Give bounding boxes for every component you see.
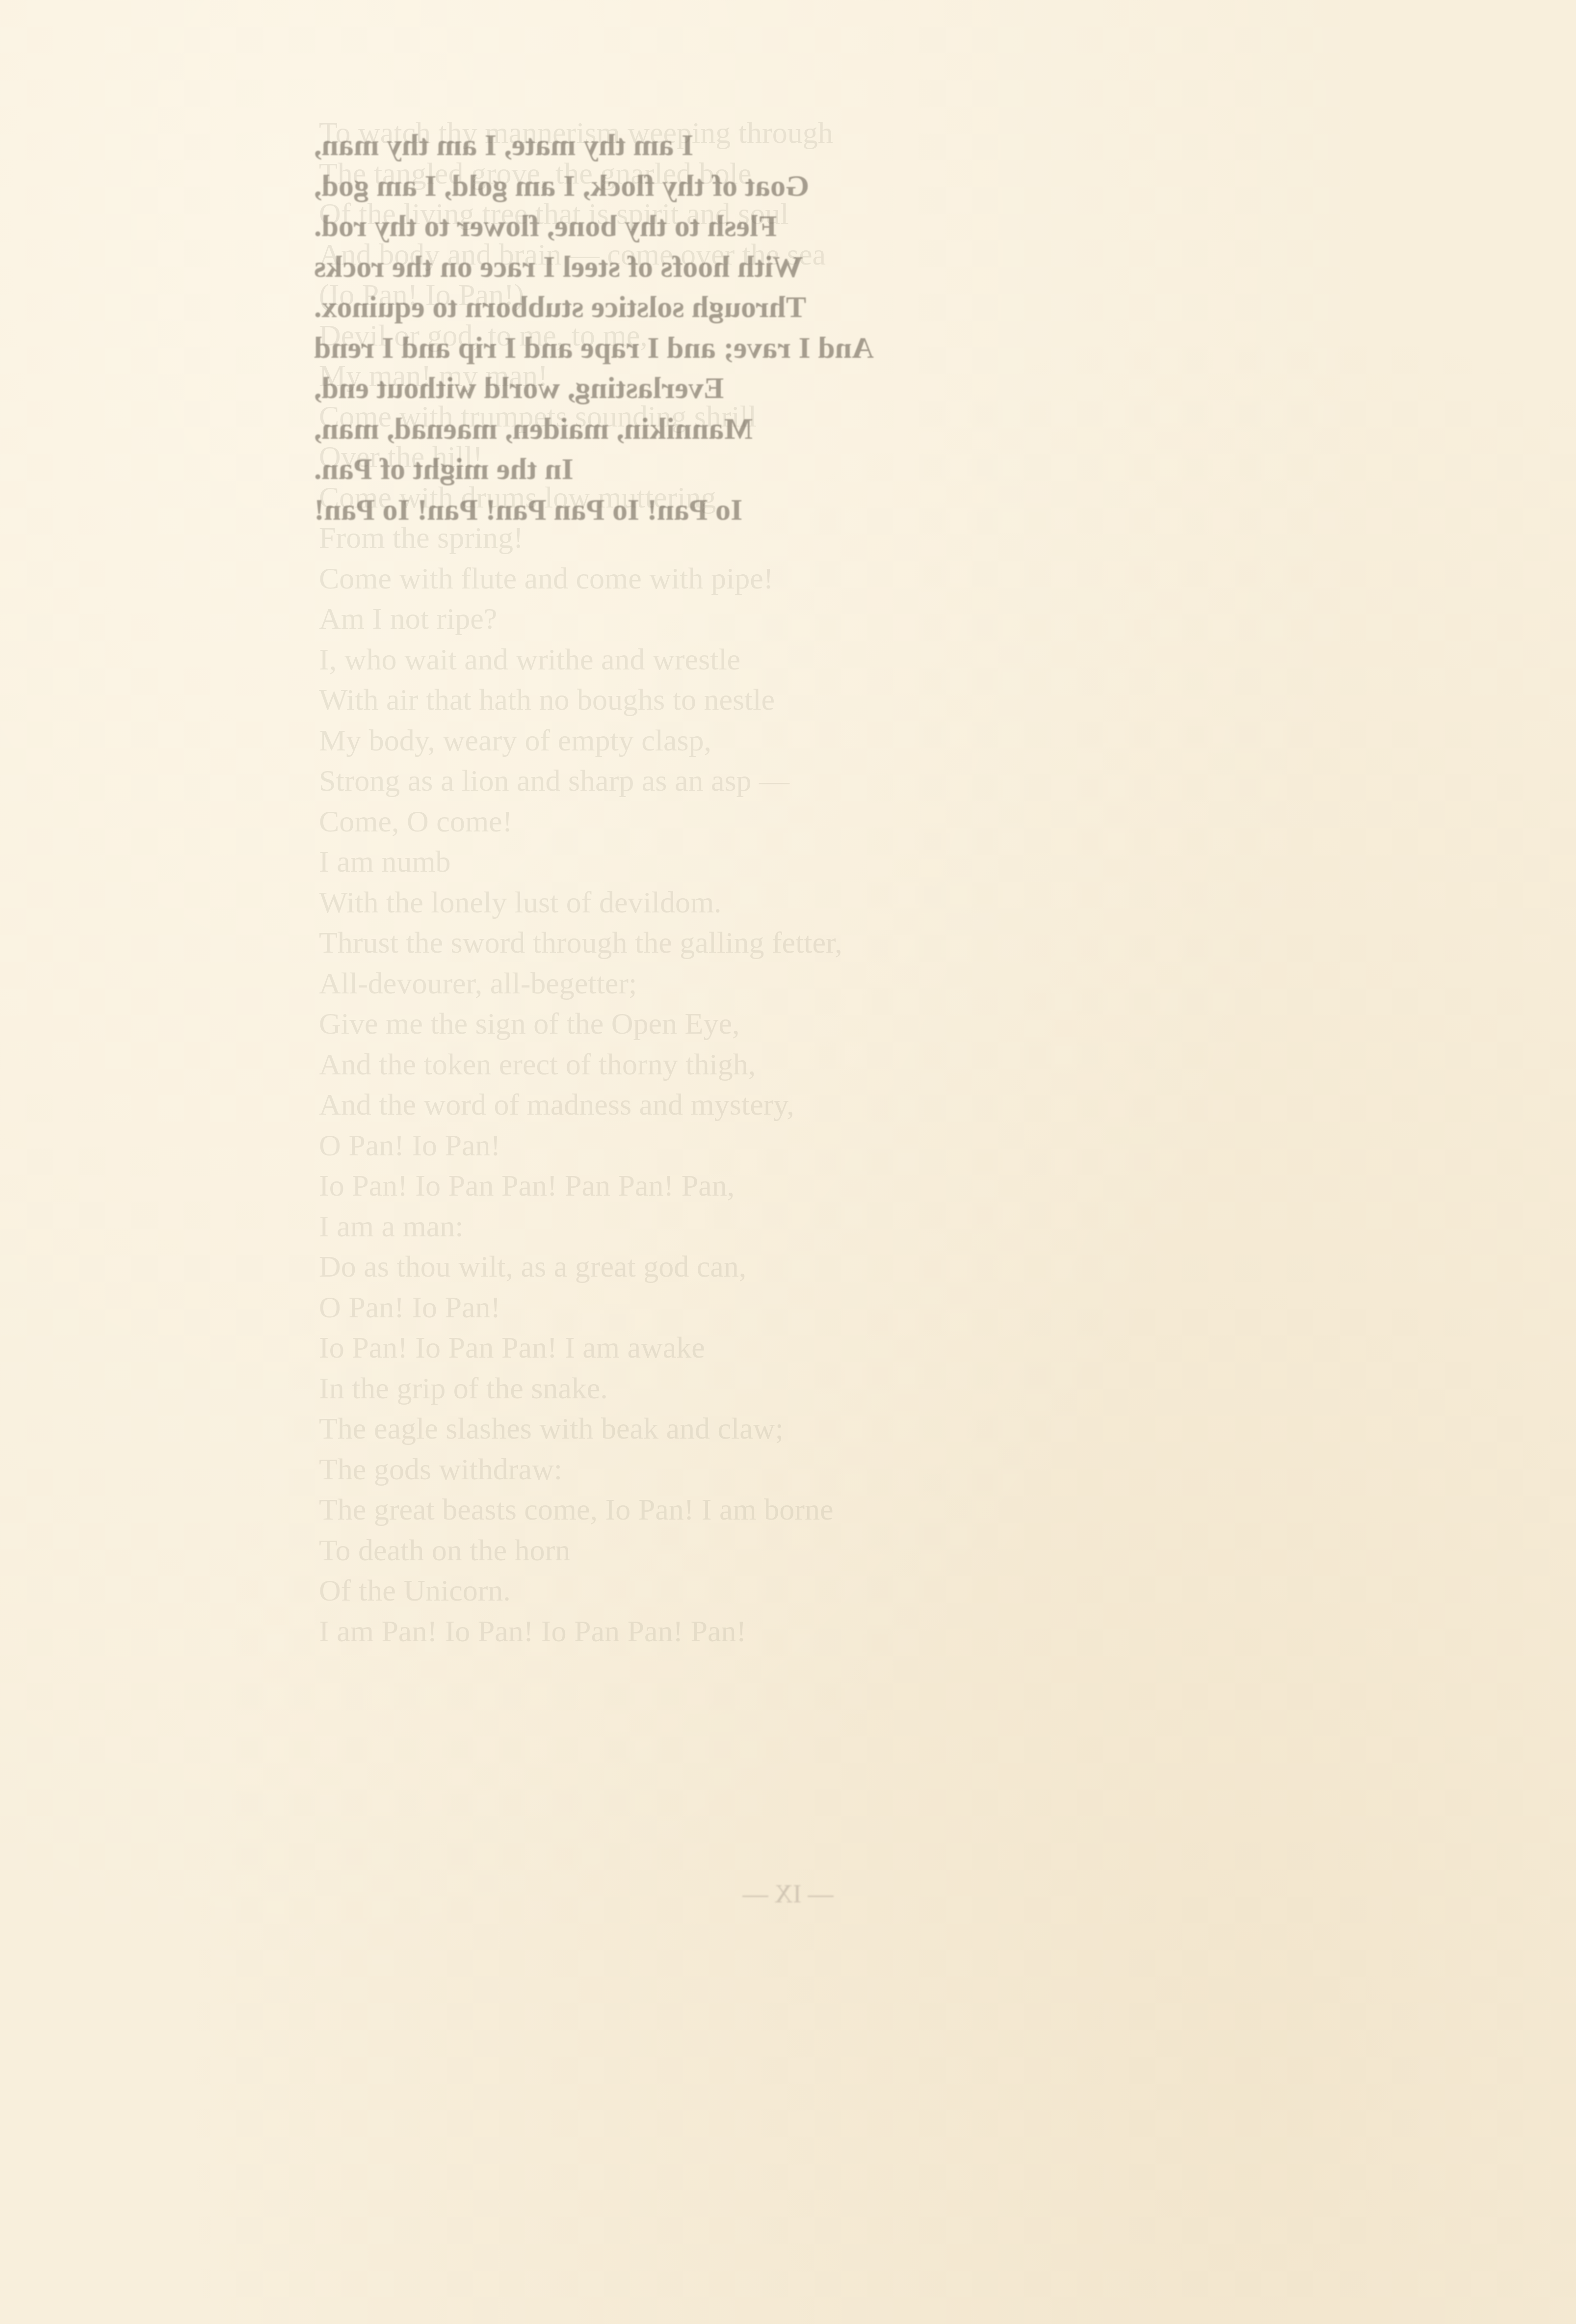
mirrored-line: Flesh to thy bone, flower to thy rod.	[314, 206, 1286, 247]
bleed-through-line: Come, O come!	[319, 801, 842, 842]
bleed-through-line: The eagle slashes with beak and claw;	[319, 1409, 842, 1449]
bleed-through-line: Give me the sign of the Open Eye,	[319, 1004, 842, 1044]
bleed-through-line: Io Pan! Io Pan Pan! I am awake	[319, 1328, 842, 1368]
mirrored-line: Mannikin, maiden, maenad, man,	[314, 409, 1286, 450]
mirrored-line: I am thy mate, I am thy man,	[314, 125, 1286, 166]
bleed-through-line: I, who wait and writhe and wrestle	[319, 640, 842, 680]
mirrored-line: In the might of Pan.	[314, 449, 1286, 490]
mirrored-line: Io Pan! Io Pan Pan! Pan! Io Pan!	[314, 490, 1286, 531]
bleed-through-line: And the word of madness and mystery,	[319, 1085, 842, 1125]
bleed-through-line: I am a man:	[319, 1206, 842, 1247]
bleed-through-line: O Pan! Io Pan!	[319, 1287, 842, 1328]
page-number: — IX —	[0, 1880, 1576, 1909]
mirrored-line: Through solstice stubborn to equinox.	[314, 287, 1286, 328]
mirrored-line: Everlasting, world without end,	[314, 368, 1286, 409]
bleed-through-line: My body, weary of empty clasp,	[319, 721, 842, 761]
bleed-through-line: The great beasts come, Io Pan! I am born…	[319, 1490, 842, 1530]
mirrored-line: With hoofs of steel I race on the rocks	[314, 247, 1286, 288]
scanned-page: To watch thy mannerism weeping throughTh…	[0, 0, 1576, 2324]
bleed-through-line: Am I not ripe?	[319, 599, 842, 640]
bleed-through-line: To death on the horn	[319, 1530, 842, 1571]
bleed-through-line: Come with flute and come with pipe!	[319, 559, 842, 599]
bleed-through-line: All-devourer, all-begetter;	[319, 963, 842, 1004]
bleed-through-line: Strong as a lion and sharp as an asp —	[319, 761, 842, 801]
mirrored-line: Goat of thy flock, I am gold, I am god,	[314, 166, 1286, 207]
bleed-through-line: Thrust the sword through the galling fet…	[319, 923, 842, 963]
bleed-through-line: With air that hath no boughs to nestle	[319, 680, 842, 721]
bleed-through-line: I am Pan! Io Pan! Io Pan Pan! Pan!	[319, 1611, 842, 1652]
bleed-through-line: O Pan! Io Pan!	[319, 1125, 842, 1166]
bleed-through-line: I am numb	[319, 842, 842, 882]
bleed-through-line: Io Pan! Io Pan Pan! Pan Pan! Pan,	[319, 1166, 842, 1206]
mirrored-poem-text: I am thy mate, I am thy man,Goat of thy …	[314, 125, 1286, 530]
bleed-through-line: In the grip of the snake.	[319, 1368, 842, 1409]
bleed-through-line: The gods withdraw:	[319, 1449, 842, 1490]
bleed-through-line: Do as thou wilt, as a great god can,	[319, 1247, 842, 1287]
bleed-through-line: Of the Unicorn.	[319, 1571, 842, 1611]
mirrored-line: And I rave; and I rape and I rip and I r…	[314, 328, 1286, 369]
bleed-through-line: And the token erect of thorny thigh,	[319, 1044, 842, 1085]
bleed-through-line: With the lonely lust of devildom.	[319, 882, 842, 923]
